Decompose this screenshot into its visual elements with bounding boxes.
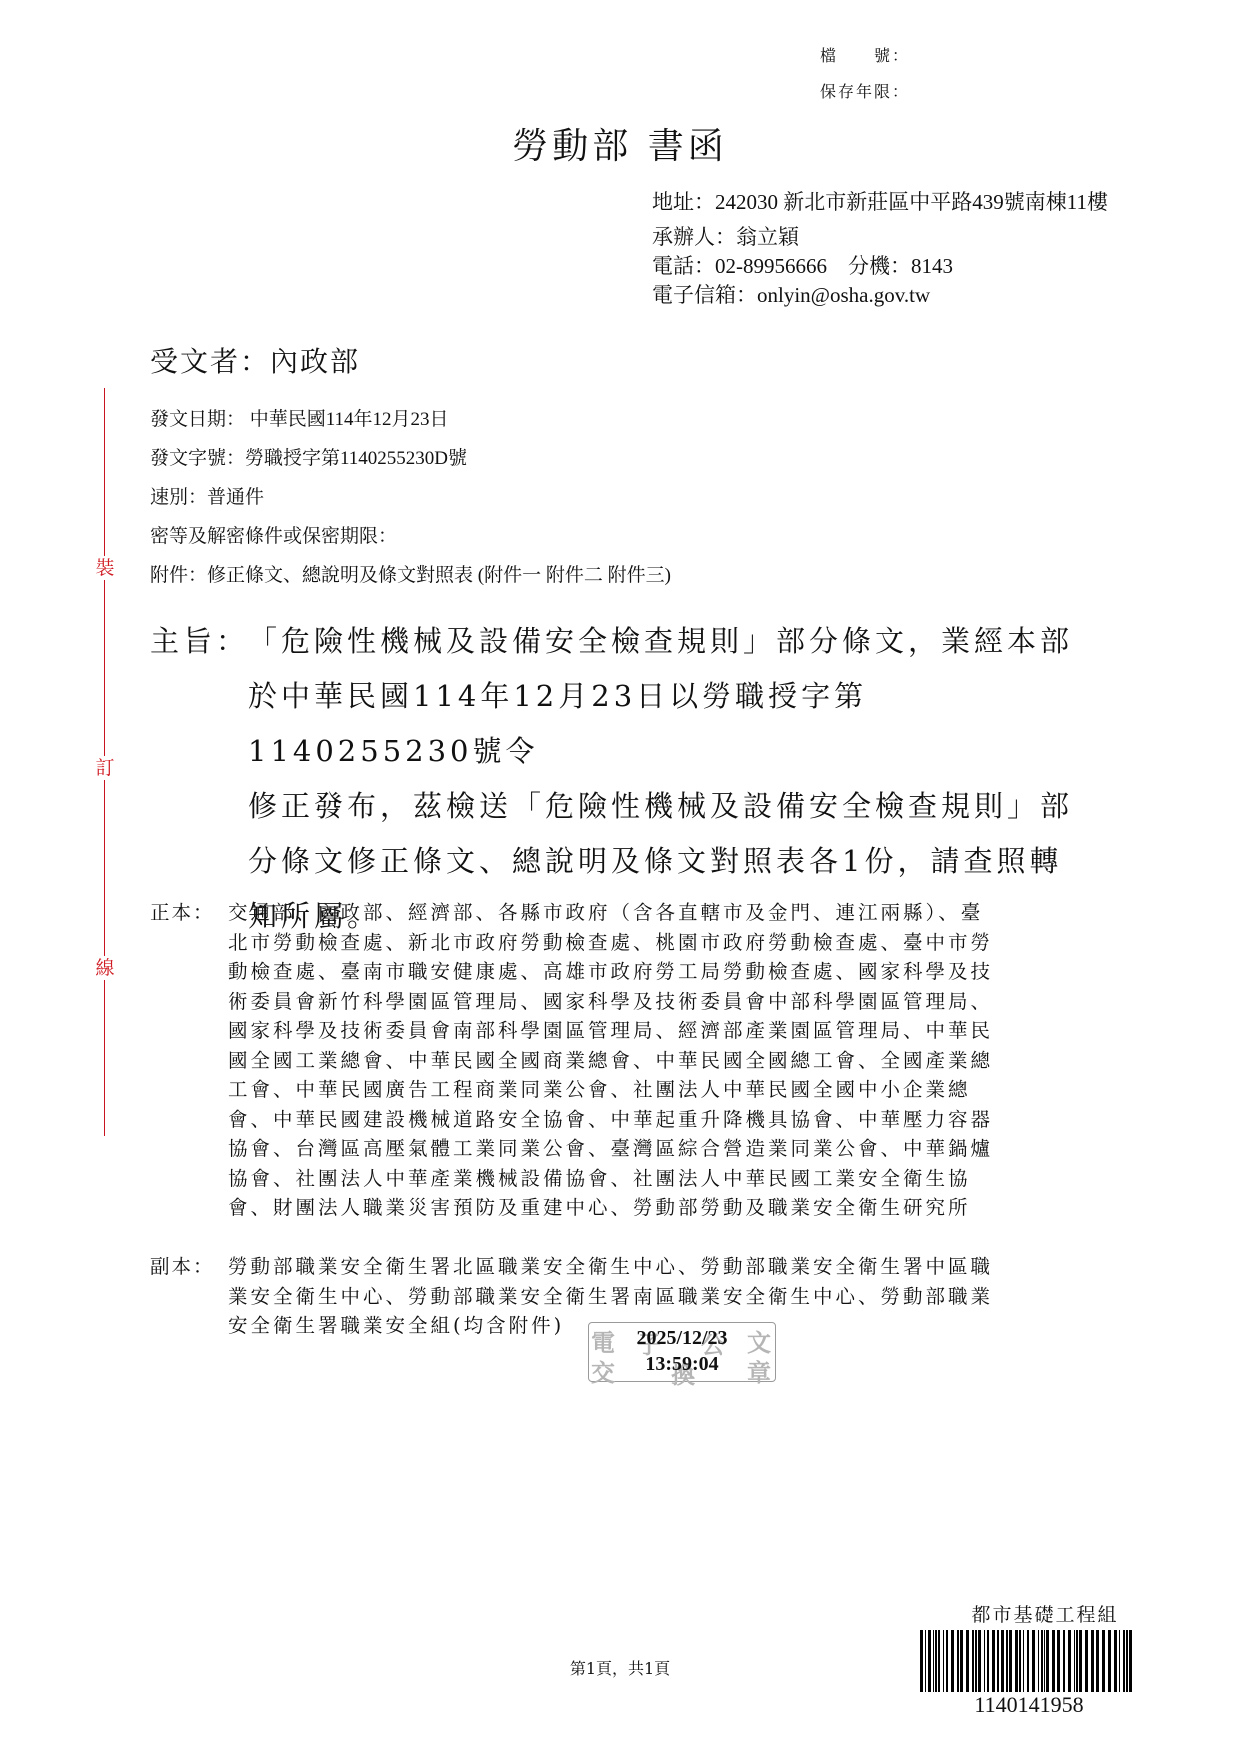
barcode-bar [946, 1630, 948, 1692]
subject-line: 「危險性機械及設備安全檢查規則」部分條文，業經本部 [248, 614, 1090, 669]
barcode-bar [933, 1630, 934, 1692]
barcode-bar [928, 1630, 931, 1692]
barcode-bar [1085, 1630, 1088, 1692]
barcode-bar [1046, 1630, 1049, 1692]
barcode-bar [1102, 1630, 1105, 1692]
barcode-bar [1044, 1630, 1045, 1692]
barcode-bar [1096, 1630, 1099, 1692]
barcode-bar [1023, 1630, 1024, 1692]
subject-section: 主旨： 「危險性機械及設備安全檢查規則」部分條文，業經本部 於中華民國114年1… [150, 614, 1090, 944]
subject-line: 於中華民國114年12月23日以勞職授字第1140255230號令 [248, 669, 1090, 779]
address: 地址：242030 新北市新莊區中平路439號南棟11樓 [652, 188, 1108, 217]
binding-char-xian: 線 [90, 956, 120, 980]
barcode-bar [1015, 1630, 1018, 1692]
barcode-bar [1063, 1630, 1065, 1692]
barcode-bar [1027, 1630, 1029, 1692]
barcode-bar [938, 1630, 940, 1692]
recipient-line: 會、中華民國建設機械道路安全協會、中華起重升降機具協會、中華壓力容器 [228, 1105, 1100, 1135]
copy-line: 勞動部職業安全衛生署北區職業安全衛生中心、勞動部職業安全衛生署中區職 [228, 1252, 1100, 1282]
recipient-line: 交通部、內政部、經濟部、各縣市政府（含各直轄市及金門、連江兩縣）、臺 [228, 898, 1100, 928]
barcode-bar [978, 1630, 981, 1692]
barcode-bar [966, 1630, 969, 1692]
barcode-bar [1079, 1630, 1082, 1692]
stamp-time: 13:59:04 [589, 1353, 775, 1376]
recipient-line: 協會、社團法人中華產業機械設備協會、社團法人中華民國工業安全衛生協 [228, 1164, 1100, 1194]
barcode-bar [943, 1630, 944, 1692]
barcode-bar [987, 1630, 989, 1692]
handler: 承辦人：翁立穎 [652, 223, 1108, 252]
issue-date: 發文日期： 中華民國114年12月23日 [150, 400, 671, 439]
barcode-bar [1114, 1630, 1117, 1692]
barcode-bar [997, 1630, 999, 1692]
barcode-bar [1129, 1630, 1132, 1692]
binding-char-ding: 訂 [90, 756, 120, 780]
barcode-bar [1038, 1630, 1039, 1692]
original-label: 正本： [150, 898, 215, 928]
recipient-line: 術委員會新竹科學園區管理局、國家科學及技術委員會中部科學園區管理局、 [228, 987, 1100, 1017]
stamp-date: 2025/12/23 [589, 1327, 775, 1350]
retention-period-label: 保存年限： [820, 74, 910, 110]
subject-line: 修正發布，茲檢送「危險性機械及設備安全檢查規則」部 [248, 779, 1090, 834]
barcode-bar [957, 1630, 959, 1692]
document-number: 發文字號：勞職授字第1140255230D號 [150, 439, 671, 478]
barcode-bar [920, 1630, 923, 1692]
original-list: 交通部、內政部、經濟部、各縣市政府（含各直轄市及金門、連江兩縣）、臺 北市勞動檢… [228, 898, 1100, 1223]
secrecy-level: 密等及解密條件或保密期限： [150, 517, 671, 556]
barcode-bar [975, 1630, 977, 1692]
barcode-bar [992, 1630, 995, 1692]
recipient-line: 工會、中華民國廣告工程商業同業公會、社團法人中華民國全國中小企業總 [228, 1075, 1100, 1105]
receiving-unit: 都市基礎工程組 [950, 1600, 1140, 1627]
barcode-bar [1068, 1630, 1071, 1692]
barcode-bar [1108, 1630, 1111, 1692]
barcode-bar [960, 1630, 963, 1692]
recipient-line: 北市勞動檢查處、新北市政府勞動檢查處、桃園市政府勞動檢查處、臺中市勞 [228, 928, 1100, 958]
filing-info: 檔 號： 保存年限： [820, 38, 910, 110]
barcode-bar [1001, 1630, 1004, 1692]
barcode-bar [935, 1630, 937, 1692]
binding-char-zhuang: 裝 [90, 556, 120, 580]
barcode-bar [925, 1630, 926, 1692]
contact-block: 地址：242030 新北市新莊區中平路439號南棟11樓 承辦人：翁立穎 電話：… [652, 188, 1108, 310]
barcode-bar [1032, 1630, 1035, 1692]
barcode-bar [972, 1630, 974, 1692]
barcode-bar [1126, 1630, 1128, 1692]
copy-line: 業安全衛生中心、勞動部職業安全衛生署南區職業安全衛生中心、勞動部職業 [228, 1282, 1100, 1312]
recipient-line: 會、財團法人職業災害預防及重建中心、勞動部勞動及職業安全衛生研究所 [228, 1193, 1100, 1223]
document-title: 勞動部 書函 [0, 118, 1240, 169]
barcode-bar [1074, 1630, 1075, 1692]
copy-label: 副本： [150, 1252, 215, 1282]
barcode-bar [1057, 1630, 1060, 1692]
barcode-bar [1052, 1630, 1055, 1692]
electronic-exchange-stamp: 電 子 公 文 交 換 章 2025/12/23 13:59:04 [588, 1322, 776, 1382]
email: 電子信箱：onlyin@osha.gov.tw [652, 281, 1108, 310]
document-meta: 發文日期： 中華民國114年12月23日 發文字號：勞職授字第114025523… [150, 400, 671, 595]
recipient-line: 國家科學及技術委員會南部科學園區管理局、經濟部產業園區管理局、中華民 [228, 1016, 1100, 1046]
barcode-number: 1140141958 [920, 1692, 1138, 1718]
barcode [920, 1630, 1138, 1692]
barcode-bar [1009, 1630, 1012, 1692]
barcode-bar [1123, 1630, 1125, 1692]
barcode-bar [1041, 1630, 1043, 1692]
recipient-line: 動檢查處、臺南市職安健康處、高雄市政府勞工局勞動檢查處、國家科學及技 [228, 957, 1100, 987]
subject-line: 分條文修正條文、總說明及條文對照表各1份，請查照轉 [248, 834, 1090, 889]
file-number-label: 檔 號： [820, 38, 910, 74]
barcode-bar [951, 1630, 954, 1692]
attachments: 附件：修正條文、總說明及條文對照表 (附件一 附件二 附件三) [150, 556, 671, 595]
recipient: 受文者：內政部 [150, 340, 360, 380]
barcode-bar [1091, 1630, 1094, 1692]
original-recipients: 正本： 交通部、內政部、經濟部、各縣市政府（含各直轄市及金門、連江兩縣）、臺 北… [150, 898, 1100, 1223]
barcode-bar [1006, 1630, 1008, 1692]
subject-body: 「危險性機械及設備安全檢查規則」部分條文，業經本部 於中華民國114年12月23… [248, 614, 1090, 944]
recipient-line: 協會、台灣區高壓氣體工業同業公會、臺灣區綜合營造業同業公會、中華鍋爐 [228, 1134, 1100, 1164]
recipient-line: 國全國工業總會、中華民國全國商業總會、中華民國全國總工會、全國產業總 [228, 1046, 1100, 1076]
phone: 電話：02-89956666 分機：8143 [652, 252, 1108, 281]
barcode-bar [1019, 1630, 1021, 1692]
speed-class: 速別：普通件 [150, 478, 671, 517]
subject-label: 主旨： [150, 614, 249, 669]
barcode-bar [1119, 1630, 1120, 1692]
barcode-bar [984, 1630, 985, 1692]
barcode-bar [1076, 1630, 1078, 1692]
